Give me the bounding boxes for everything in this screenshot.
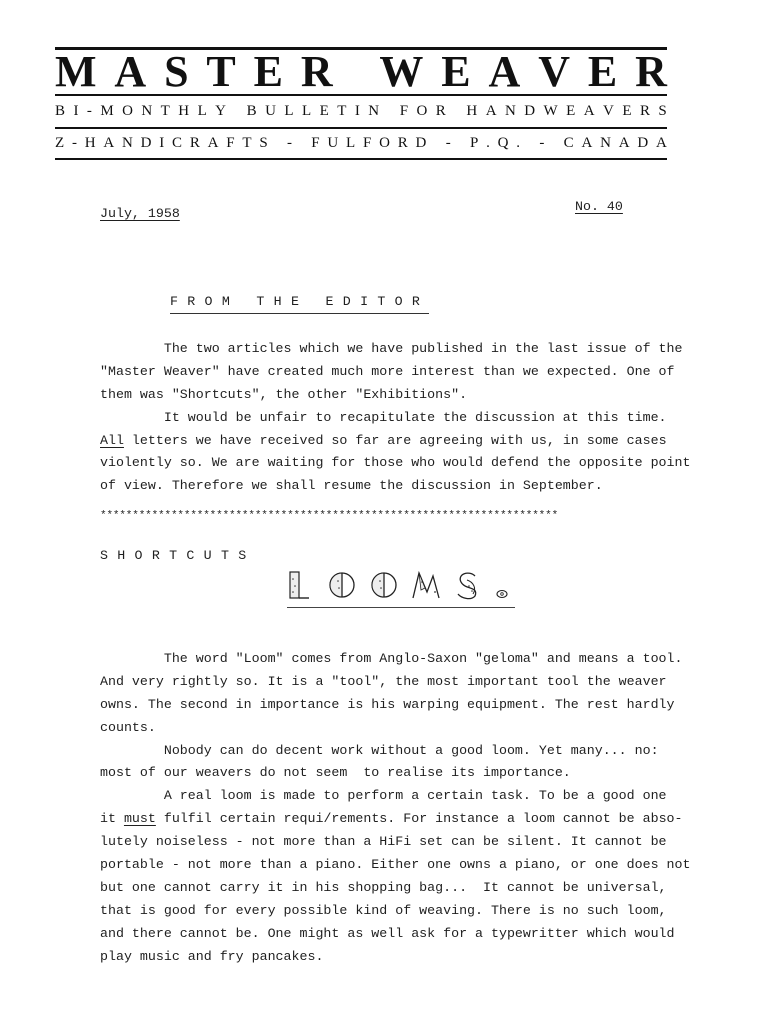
masthead-subtitle: BI-MONTHLY BULLETIN FOR HANDWEAVERS bbox=[55, 100, 667, 122]
editor-text-line: All letters we have received so far are … bbox=[100, 430, 720, 453]
article-text-line: that is good for every possible kind of … bbox=[100, 900, 720, 923]
article-text-line: lutely noiseless - not more than a HiFi … bbox=[100, 831, 720, 854]
article-text-line: and there cannot be. One might as well a… bbox=[100, 923, 720, 946]
letter-s-glyph bbox=[453, 570, 483, 602]
letter-m-glyph bbox=[411, 570, 441, 602]
editor-text-line: violently so. We are waiting for those w… bbox=[100, 452, 720, 475]
article-text-line: The word "Loom" comes from Anglo-Saxon "… bbox=[100, 648, 720, 671]
masthead-letter: A bbox=[114, 50, 146, 94]
article-text-line: portable - not more than a piano. Either… bbox=[100, 854, 720, 877]
underlined-word: must bbox=[124, 811, 156, 826]
editor-body: The two articles which we have published… bbox=[100, 338, 720, 498]
article-text-line: owns. The second in importance is his wa… bbox=[100, 694, 720, 717]
masthead-title: MASTER WEAVER bbox=[55, 50, 667, 94]
masthead-letter: V bbox=[538, 50, 570, 94]
bulletin-page: MASTER WEAVER BI-MONTHLY BULLETIN FOR HA… bbox=[0, 0, 779, 1010]
article-text-line: but one cannot carry it in his shopping … bbox=[100, 877, 720, 900]
letter-o-glyph bbox=[328, 570, 358, 602]
editor-text-line: "Master Weaver" have created much more i… bbox=[100, 361, 720, 384]
letter-l-glyph bbox=[287, 570, 317, 602]
issue-number: No. 40 bbox=[575, 199, 623, 214]
masthead-letter: E bbox=[588, 50, 617, 94]
masthead-letter: A bbox=[489, 50, 521, 94]
masthead-letter: W bbox=[379, 50, 423, 94]
masthead-letter: T bbox=[206, 50, 235, 94]
underlined-word: All bbox=[100, 433, 124, 448]
article-text-line: counts. bbox=[100, 717, 720, 740]
masthead-rule-2 bbox=[55, 94, 667, 96]
looms-underline bbox=[287, 607, 515, 608]
article-text-line: it must fulfil certain requi/rements. Fo… bbox=[100, 808, 720, 831]
masthead-letter: R bbox=[635, 50, 667, 94]
shortcuts-label: SHORTCUTS bbox=[100, 548, 256, 563]
article-text-line: play music and fry pancakes. bbox=[100, 946, 720, 969]
masthead-letter: E bbox=[254, 50, 283, 94]
masthead-letter bbox=[351, 50, 362, 94]
letter-o-glyph bbox=[370, 570, 400, 602]
masthead-letter: S bbox=[164, 50, 188, 94]
masthead-letter: R bbox=[301, 50, 333, 94]
masthead-rule-3 bbox=[55, 127, 667, 129]
article-text-line: most of our weavers do not seem to reali… bbox=[100, 762, 720, 785]
editor-text-line: of view. Therefore we shall resume the d… bbox=[100, 475, 720, 498]
period-glyph bbox=[494, 570, 512, 602]
masthead-location: Z-HANDICRAFTS - FULFORD - P.Q. - CANADA bbox=[55, 132, 667, 154]
editor-section-title: FROM THE EDITOR bbox=[170, 294, 429, 314]
article-text-line: And very rightly so. It is a "tool", the… bbox=[100, 671, 720, 694]
masthead-letter: M bbox=[55, 50, 97, 94]
separator-asterisks: ****************************************… bbox=[100, 510, 558, 522]
issue-date: July, 1958 bbox=[100, 206, 180, 221]
article-body: The word "Loom" comes from Anglo-Saxon "… bbox=[100, 648, 720, 968]
editor-text-line: The two articles which we have published… bbox=[100, 338, 720, 361]
looms-heading bbox=[287, 570, 512, 602]
masthead-rule-bottom bbox=[55, 158, 667, 160]
editor-text-line: them was "Shortcuts", the other "Exhibit… bbox=[100, 384, 720, 407]
article-text-line: Nobody can do decent work without a good… bbox=[100, 740, 720, 763]
article-text-line: A real loom is made to perform a certain… bbox=[100, 785, 720, 808]
editor-text-line: It would be unfair to recapitulate the d… bbox=[100, 407, 720, 430]
masthead-letter: E bbox=[441, 50, 470, 94]
